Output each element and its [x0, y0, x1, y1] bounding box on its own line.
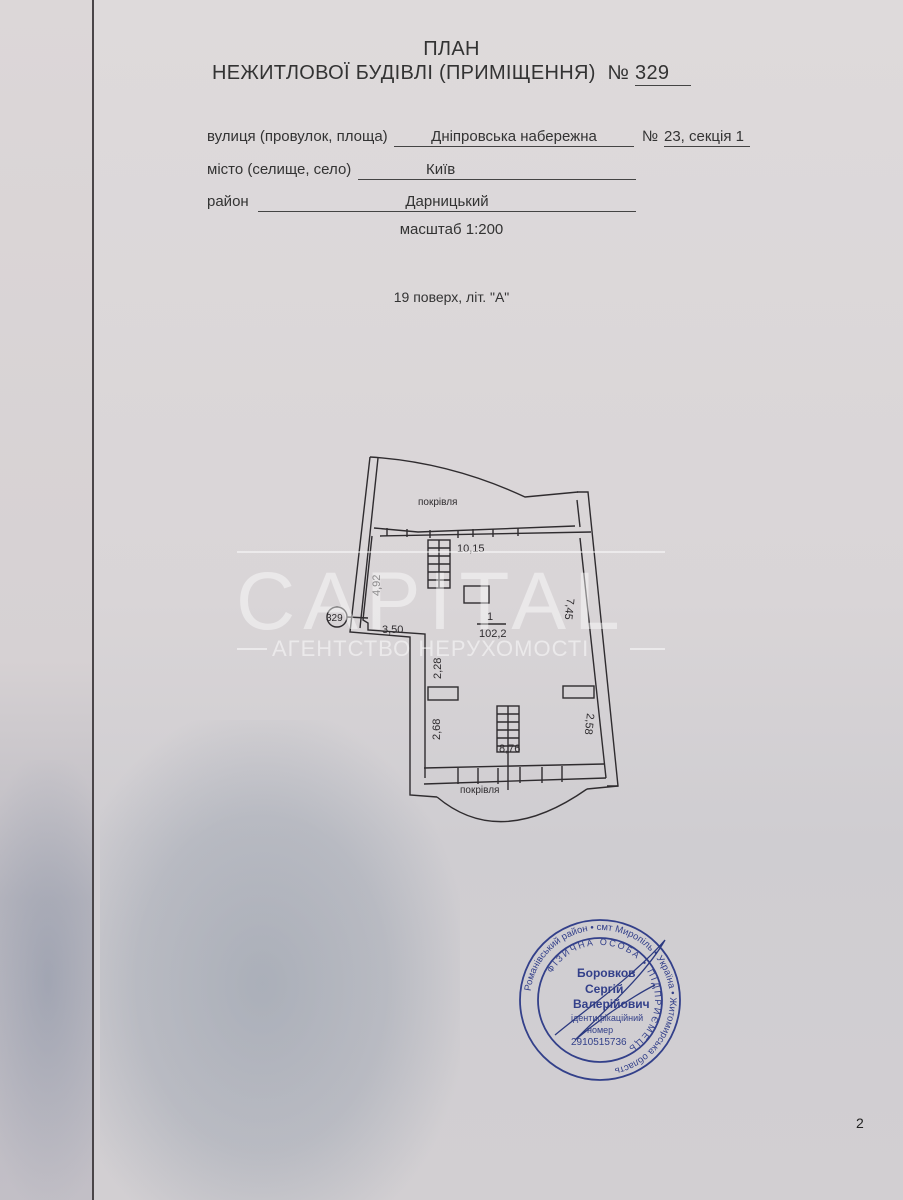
room-number: 1 [487, 611, 493, 623]
dim-bottom: 8,76 [499, 743, 520, 755]
stamp-name-2: Сергій [585, 982, 623, 996]
watermark-line-right [630, 648, 665, 650]
roof-bottom-label: покрівля [460, 785, 499, 796]
dim-left-middle: 2,28 [432, 658, 444, 679]
roof-top-outline [370, 457, 578, 497]
stamp-id-number: 2910515736 [571, 1037, 627, 1048]
dim-top: 10,15 [457, 543, 485, 555]
watermark-line-top [237, 551, 665, 553]
premises-marker: 329 [326, 613, 343, 624]
dim-left-lower: 2,68 [431, 719, 443, 740]
dim-left-step: 3,50 [382, 624, 403, 636]
floor-plan: покрівля покрівля 10,15 4,92 3,50 2,28 2… [0, 0, 903, 1200]
room-area: 102,2 [479, 628, 507, 640]
watermark-line-left [237, 648, 267, 650]
roof-top-label: покрівля [418, 497, 457, 508]
official-stamp: Романівський район • смт Миропіль • Укра… [515, 915, 685, 1085]
dim-right-lower: 2,58 [582, 713, 596, 736]
dim-left-upper: 4,92 [371, 575, 383, 596]
dim-right-upper: 7,45 [562, 598, 576, 621]
page-number: 2 [856, 1115, 864, 1131]
